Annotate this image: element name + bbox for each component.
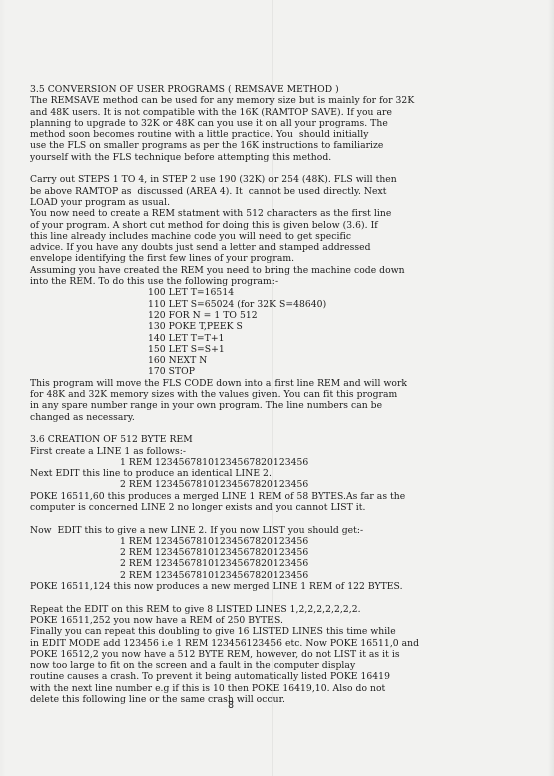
code-line: 130 POKE T,PEEK S: [148, 321, 542, 332]
page-number: 8: [228, 700, 234, 711]
rem-listing: 1 REM 12345678101234567820123456 2 REM 1…: [30, 536, 542, 581]
spacer: [30, 513, 542, 524]
spacer: [30, 163, 542, 174]
code-line: 160 NEXT N: [148, 355, 542, 366]
paragraph-poke-60: POKE 16511,60 this produces a merged LIN…: [30, 491, 542, 514]
basic-program-listing: 100 LET T=16514 110 LET S=65024 (for 32K…: [30, 287, 542, 377]
code-line: 2 REM 12345678101234567820123456: [120, 479, 542, 490]
code-line: 110 LET S=65024 (for 32K S=48640): [148, 299, 542, 310]
code-line: 2 REM 12345678101234567820123456: [120, 558, 542, 569]
page-body: 3.5 CONVERSION OF USER PROGRAMS ( REMSAV…: [30, 84, 542, 705]
code-line: 1 REM 12345678101234567820123456: [120, 457, 542, 468]
spacer: [30, 423, 542, 434]
code-line: 150 LET S=S+1: [148, 344, 542, 355]
paragraph-program-notes: This program will move the FLS CODE down…: [30, 378, 542, 423]
now-edit-line: Now EDIT this to give a new LINE 2. If y…: [30, 525, 542, 536]
code-line: 120 FOR N = 1 TO 512: [148, 310, 542, 321]
rem-line-1-block: 1 REM 12345678101234567820123456: [30, 457, 542, 468]
code-line: 2 REM 12345678101234567820123456: [120, 547, 542, 558]
code-line: 100 LET T=16514: [148, 287, 542, 298]
scanned-page: 3.5 CONVERSION OF USER PROGRAMS ( REMSAV…: [0, 0, 554, 776]
code-line: 140 LET T=T+1: [148, 333, 542, 344]
intro-line: First create a LINE 1 as follows:-: [30, 446, 542, 457]
code-line: 170 STOP: [148, 366, 542, 377]
edit-instruction: Next EDIT this line to produce an identi…: [30, 468, 542, 479]
code-line: 1 REM 12345678101234567820123456: [120, 536, 542, 547]
paragraph-final: Repeat the EDIT on this REM to give 8 LI…: [30, 604, 542, 706]
rem-line-2-block: 2 REM 12345678101234567820123456: [30, 479, 542, 490]
code-line: 2 REM 12345678101234567820123456: [120, 570, 542, 581]
poke-124-line: POKE 16511,124 this now produces a new m…: [30, 581, 542, 592]
section-heading-3-5: 3.5 CONVERSION OF USER PROGRAMS ( REMSAV…: [30, 84, 542, 95]
section-heading-3-6: 3.6 CREATION OF 512 BYTE REM: [30, 434, 542, 445]
paragraph-steps: Carry out STEPS 1 TO 4, in STEP 2 use 19…: [30, 174, 542, 287]
spacer: [30, 592, 542, 603]
paragraph-remsave-intro: The REMSAVE method can be used for any m…: [30, 95, 542, 163]
